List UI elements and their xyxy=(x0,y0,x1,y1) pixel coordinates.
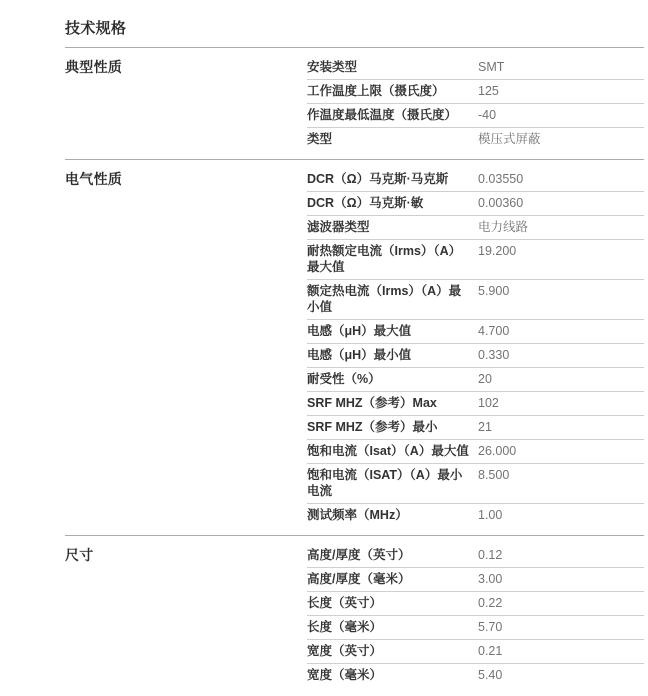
table-row: SRF MHZ（参考）最小 21 xyxy=(307,416,644,440)
spec-value: 3.00 xyxy=(478,571,644,587)
spec-label: 长度（毫米） xyxy=(307,619,478,635)
spec-value: 0.00360 xyxy=(478,195,644,211)
spec-section: 典型性质 安装类型 SMT 工作温度上限（摄氏度） 125 作温度最低温度（摄氏… xyxy=(65,48,644,160)
specs-panel: 技术规格 典型性质 安装类型 SMT 工作温度上限（摄氏度） 125 作温度最低… xyxy=(0,0,648,695)
table-row: 滤波器类型 电力线路 xyxy=(307,216,644,240)
table-row: 高度/厚度（毫米） 3.00 xyxy=(307,568,644,592)
spec-label: 电感（μH）最大值 xyxy=(307,323,478,339)
spec-label: 电感（μH）最小值 xyxy=(307,347,478,363)
table-row: DCR（Ω）马克斯·马克斯 0.03550 xyxy=(307,168,644,192)
spec-value: 125 xyxy=(478,83,644,99)
table-row: 饱和电流（Isat）（A）最大值 26.000 xyxy=(307,440,644,464)
table-row: SRF MHZ（参考）Max 102 xyxy=(307,392,644,416)
spec-value: 4.700 xyxy=(478,323,644,339)
table-row: 宽度（英寸） 0.21 xyxy=(307,640,644,664)
page-title: 技术规格 xyxy=(65,20,644,48)
spec-value: SMT xyxy=(478,59,644,75)
table-row: 耐受性（%） 20 xyxy=(307,368,644,392)
table-row: 饱和电流（ISAT）（A）最小电流 8.500 xyxy=(307,464,644,504)
spec-value: 0.12 xyxy=(478,547,644,563)
spec-label: 作温度最低温度（摄氏度） xyxy=(307,107,478,123)
spec-label: 滤波器类型 xyxy=(307,219,478,235)
spec-label: 饱和电流（Isat）（A）最大值 xyxy=(307,443,478,459)
spec-value: 1.00 xyxy=(478,507,644,523)
spec-value: 5.70 xyxy=(478,619,644,635)
spec-label: 宽度（英寸） xyxy=(307,643,478,659)
table-row: 宽度（毫米） 5.40 xyxy=(307,664,644,687)
section-rows: 高度/厚度（英寸） 0.12 高度/厚度（毫米） 3.00 长度（英寸） 0.2… xyxy=(307,544,644,687)
table-row: 工作温度上限（摄氏度） 125 xyxy=(307,80,644,104)
spec-label: DCR（Ω）马克斯·敏 xyxy=(307,195,478,211)
spec-label: 高度/厚度（毫米） xyxy=(307,571,478,587)
spec-value: 0.21 xyxy=(478,643,644,659)
table-row: 安装类型 SMT xyxy=(307,56,644,80)
spec-label: 类型 xyxy=(307,131,478,147)
spec-value: 5.40 xyxy=(478,667,644,683)
table-row: 额定热电流（Irms）（A）最小值 5.900 xyxy=(307,280,644,320)
section-rows: DCR（Ω）马克斯·马克斯 0.03550 DCR（Ω）马克斯·敏 0.0036… xyxy=(307,168,644,527)
spec-value: 8.500 xyxy=(478,467,644,483)
spec-label: 测试频率（MHz） xyxy=(307,507,478,523)
spec-label: DCR（Ω）马克斯·马克斯 xyxy=(307,171,478,187)
spec-label: 耐受性（%） xyxy=(307,371,478,387)
spec-label: 高度/厚度（英寸） xyxy=(307,547,478,563)
spec-value: 19.200 xyxy=(478,243,644,259)
spec-label: 宽度（毫米） xyxy=(307,667,478,683)
spec-value: 0.22 xyxy=(478,595,644,611)
spec-label: 耐热额定电流（Irms）（A）最大值 xyxy=(307,243,478,275)
spec-section: 电气性质 DCR（Ω）马克斯·马克斯 0.03550 DCR（Ω）马克斯·敏 0… xyxy=(65,160,644,536)
table-row: DCR（Ω）马克斯·敏 0.00360 xyxy=(307,192,644,216)
table-row: 耐热额定电流（Irms）（A）最大值 19.200 xyxy=(307,240,644,280)
section-name: 电气性质 xyxy=(65,168,307,188)
spec-label: SRF MHZ（参考）最小 xyxy=(307,419,478,435)
table-row: 电感（μH）最大值 4.700 xyxy=(307,320,644,344)
spec-sections: 典型性质 安装类型 SMT 工作温度上限（摄氏度） 125 作温度最低温度（摄氏… xyxy=(65,48,644,695)
spec-value: 21 xyxy=(478,419,644,435)
spec-label: 长度（英寸） xyxy=(307,595,478,611)
spec-value: -40 xyxy=(478,107,644,123)
table-row: 电感（μH）最小值 0.330 xyxy=(307,344,644,368)
spec-value: 5.900 xyxy=(478,283,644,299)
section-name: 尺寸 xyxy=(65,544,307,564)
spec-value: 电力线路 xyxy=(478,219,644,235)
spec-label: 安装类型 xyxy=(307,59,478,75)
spec-section: 尺寸 高度/厚度（英寸） 0.12 高度/厚度（毫米） 3.00 长度（英寸） … xyxy=(65,536,644,695)
table-row: 长度（英寸） 0.22 xyxy=(307,592,644,616)
table-row: 测试频率（MHz） 1.00 xyxy=(307,504,644,527)
spec-value: 26.000 xyxy=(478,443,644,459)
table-row: 长度（毫米） 5.70 xyxy=(307,616,644,640)
table-row: 类型 模压式屏蔽 xyxy=(307,128,644,151)
table-row: 高度/厚度（英寸） 0.12 xyxy=(307,544,644,568)
spec-label: 工作温度上限（摄氏度） xyxy=(307,83,478,99)
spec-value: 102 xyxy=(478,395,644,411)
spec-label: 额定热电流（Irms）（A）最小值 xyxy=(307,283,478,315)
spec-value: 0.03550 xyxy=(478,171,644,187)
section-rows: 安装类型 SMT 工作温度上限（摄氏度） 125 作温度最低温度（摄氏度） -4… xyxy=(307,56,644,151)
spec-value: 0.330 xyxy=(478,347,644,363)
spec-value: 20 xyxy=(478,371,644,387)
spec-label: SRF MHZ（参考）Max xyxy=(307,395,478,411)
section-name: 典型性质 xyxy=(65,56,307,76)
spec-label: 饱和电流（ISAT）（A）最小电流 xyxy=(307,467,478,499)
spec-value: 模压式屏蔽 xyxy=(478,131,644,147)
table-row: 作温度最低温度（摄氏度） -40 xyxy=(307,104,644,128)
